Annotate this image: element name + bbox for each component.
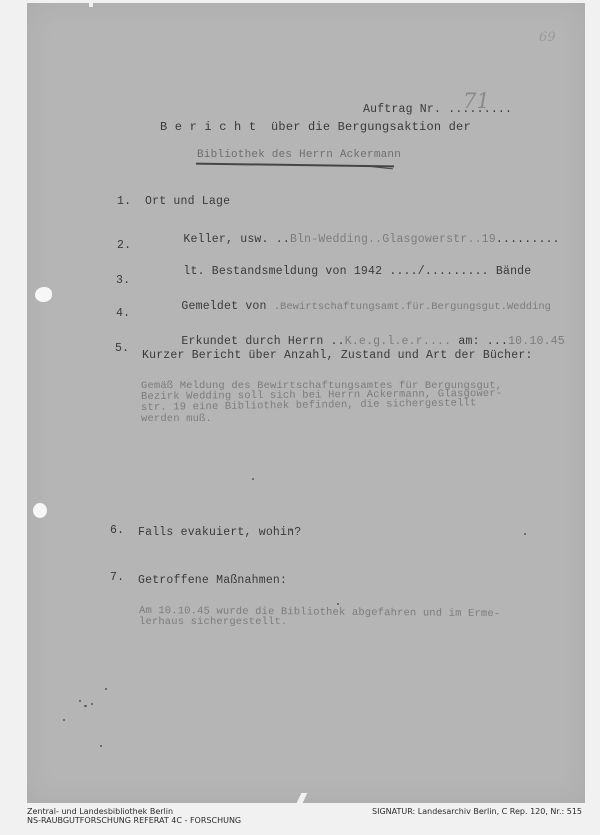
item-3-label: Gemeldet von [181,300,273,313]
scan-speck [100,745,102,747]
item-4-date-label: am: ... [451,335,508,348]
item-4-date-value: 10.10.45 [508,335,565,348]
item-2-label: lt. Bestandsmeldung von 1942 .... [183,265,417,278]
subject-underline [196,163,394,168]
scanned-document-page: 69 Auftrag Nr. ......... 71 B e r i c h … [27,3,585,803]
item-2-trail: ......... Bände [425,265,532,278]
scan-speck [105,688,107,690]
scan-speck [63,719,65,721]
item-2-number: 2. [117,240,131,252]
item-5-number: 5. [115,343,129,355]
footer-institution: Zentral- und Landesbibliothek Berlin [27,807,173,816]
scan-speck [337,603,339,605]
order-label: Auftrag Nr. ......... [363,104,512,116]
item-6-label: Falls evakuiert, wohin? [138,527,301,539]
scan-speck [290,529,292,531]
report-subject: Bibliothek des Herrn Ackermann [197,149,401,161]
scan-speck [84,705,87,707]
item-4-value: K.e.g.l.e.r.... [345,335,452,348]
item-1-number: 1. [117,196,131,208]
item-7-number: 7. [110,572,124,584]
punch-hole-top [35,287,52,302]
item-5-label: Kurzer Bericht über Anzahl, Zustand und … [142,350,533,362]
report-title: B e r i c h t über die Bergungsaktion de… [160,121,471,133]
page-tear [297,793,308,803]
footer-department: NS-RAUBGUTFORSCHUNG REFERAT 4C - FORSCHU… [27,816,241,825]
item-7-body: Am 10.10.45 wurde die Bibliothek abgefah… [139,606,500,628]
item-5-body-line: werden muß. [141,414,502,425]
item-6-number: 6. [110,525,124,537]
item-3-value: .Bewirtschaftungsamt.für.Bergungsgut.Wed… [274,301,551,313]
scan-speck [79,700,81,702]
item-7-label: Getroffene Maßnahmen: [138,575,287,587]
item-2-value: / [418,265,425,278]
scan-speck [91,703,93,705]
punch-hole-bottom [33,503,47,518]
order-number-handwritten: 71 [463,89,490,113]
item-4-number: 4. [116,308,130,320]
footer-signature: SIGNATUR: Landesarchiv Berlin, C Rep. 12… [372,807,582,816]
item-3-number: 3. [116,275,130,287]
item-4-label: Erkundet durch Herrn .. [181,335,344,348]
page-notch [89,3,93,7]
item-1-label-line1: Ort und Lage [145,196,230,208]
archive-page-number: 69 [539,30,556,45]
scan-speck [524,533,526,535]
item-5-body-line: str. 19 eine Bibliothek befinden, die si… [141,398,502,414]
item-5-body: Gemäß Meldung des Bewirtschaftungsamtes … [141,381,502,425]
scan-speck [252,478,254,480]
